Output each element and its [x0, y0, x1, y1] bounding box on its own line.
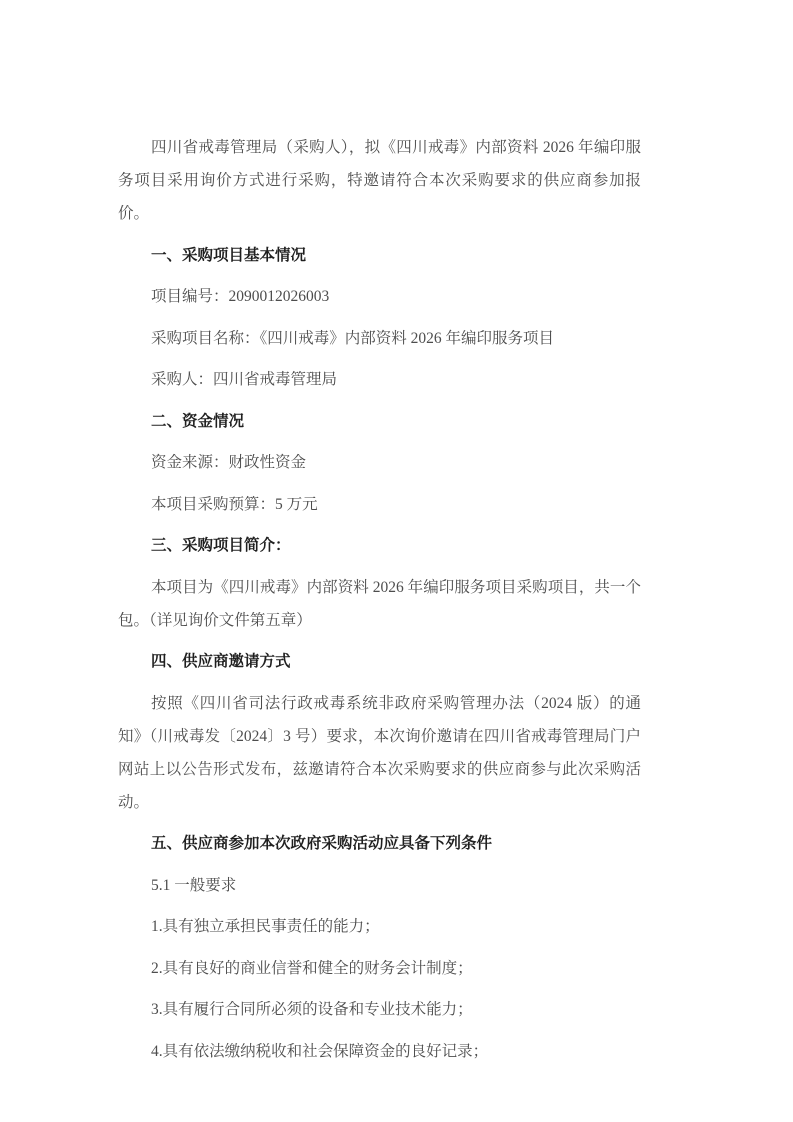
- section-heading-4: 四、供应商邀请方式: [118, 645, 641, 678]
- purchaser: 采购人：四川省戒毒管理局: [118, 363, 641, 396]
- requirement-item-2: 2.具有良好的商业信誉和健全的财务会计制度；: [118, 952, 641, 985]
- section-heading-2: 二、资金情况: [118, 405, 641, 438]
- general-requirement-title: 5.1 一般要求: [118, 869, 641, 902]
- project-number: 项目编号：2090012026003: [118, 280, 641, 313]
- document-page: 四川省戒毒管理局（采购人），拟《四川戒毒》内部资料 2026 年编印服务项目采用…: [0, 0, 793, 1122]
- document-content: 四川省戒毒管理局（采购人），拟《四川戒毒》内部资料 2026 年编印服务项目采用…: [118, 131, 641, 1076]
- invitation-method: 按照《四川省司法行政戒毒系统非政府采购管理办法（2024 版）的通知》（川戒毒发…: [118, 687, 641, 819]
- fund-source: 资金来源：财政性资金: [118, 446, 641, 479]
- requirement-item-3: 3.具有履行合同所必须的设备和专业技术能力；: [118, 993, 641, 1026]
- project-name: 采购项目名称：《四川戒毒》内部资料 2026 年编印服务项目: [118, 322, 641, 355]
- section-heading-3: 三、采购项目简介：: [118, 529, 641, 562]
- project-brief: 本项目为《四川戒毒》内部资料 2026 年编印服务项目采购项目，共一个包。（详见…: [118, 571, 641, 637]
- section-heading-5: 五、供应商参加本次政府采购活动应具备下列条件: [118, 827, 641, 860]
- requirement-item-1: 1.具有独立承担民事责任的能力；: [118, 910, 641, 943]
- section-heading-1: 一、采购项目基本情况: [118, 239, 641, 272]
- requirement-item-4: 4.具有依法缴纳税收和社会保障资金的良好记录；: [118, 1035, 641, 1068]
- intro-paragraph: 四川省戒毒管理局（采购人），拟《四川戒毒》内部资料 2026 年编印服务项目采用…: [118, 131, 641, 230]
- budget: 本项目采购预算：5 万元: [118, 488, 641, 521]
